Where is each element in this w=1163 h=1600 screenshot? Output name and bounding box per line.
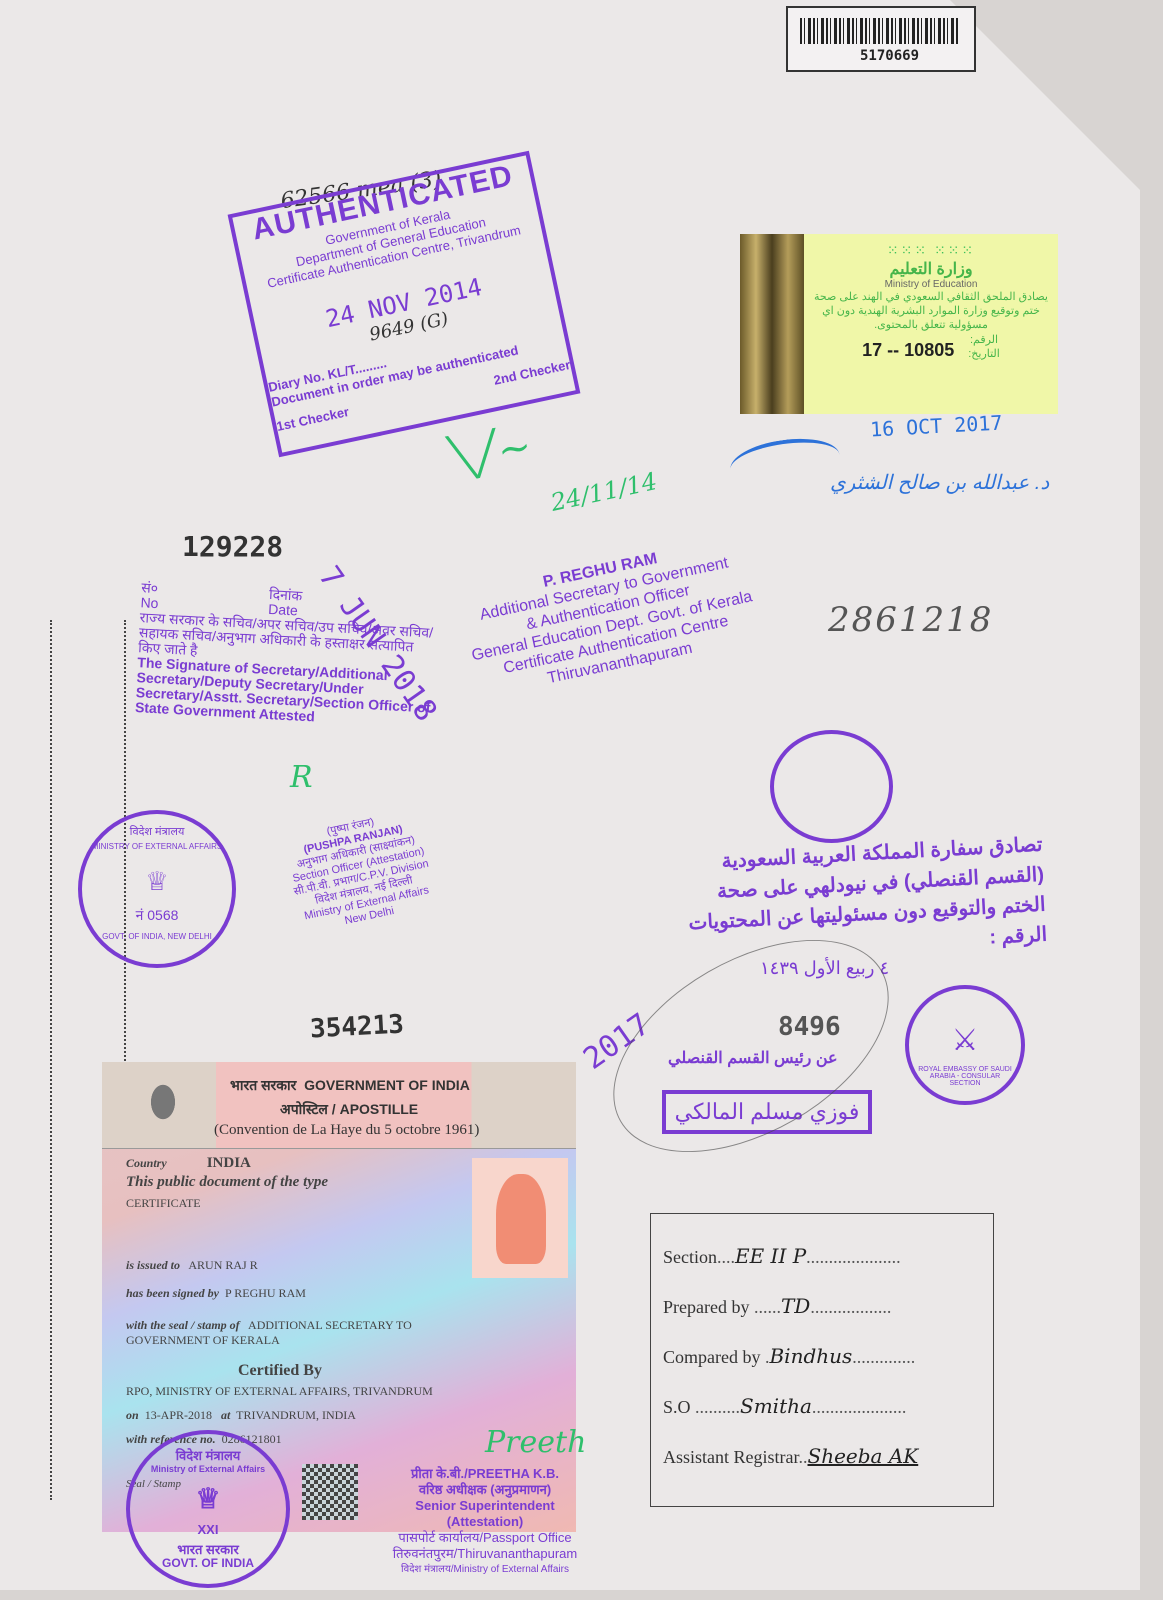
seal-bottom-text: GOVT. OF INDIA, NEW DELHI xyxy=(82,932,232,941)
title-hindi: अपोस्टिल xyxy=(280,1101,328,1117)
field-label: is issued to xyxy=(126,1258,180,1272)
first-checker: 1st Checker xyxy=(275,404,350,434)
issued-to-value: ARUN RAJ R xyxy=(188,1258,257,1272)
signed-by-value: P REGHU RAM xyxy=(225,1286,306,1300)
date-label: التاريخ: xyxy=(968,348,1000,360)
row-value: Smitha xyxy=(740,1394,812,1418)
ministry-stamp-date: 16 OCT 2017 xyxy=(869,411,1003,442)
qr-code-icon xyxy=(302,1464,358,1520)
ministry-name-en: Ministry of Education xyxy=(810,279,1052,290)
seal-number: XXI xyxy=(130,1522,286,1537)
ministry-ref-number: 17 -- 10805 xyxy=(862,340,954,361)
on-date: 13-APR-2018 xyxy=(145,1408,212,1422)
ministry-body-ar: يصادق الملحق الثقافي السعودي في الهند عل… xyxy=(810,290,1052,332)
seal-ring-text: MINISTRY OF EXTERNAL AFFAIRS xyxy=(82,842,232,851)
seal-ring-text: Ministry of External Affairs xyxy=(130,1464,286,1474)
seal-number: नं 0568 xyxy=(82,906,232,925)
emblem-icon: ♕ xyxy=(82,866,232,897)
field-label: This public document of the type xyxy=(126,1174,328,1191)
row-label: Prepared by xyxy=(663,1297,749,1317)
document-page: 5170669 62566 mea (3) AUTHENTICATED Gove… xyxy=(0,0,1140,1590)
second-checker: 2nd Checker xyxy=(492,357,571,388)
signatory-line: तिरुवनंतपुरम/Thiruvananthapuram xyxy=(380,1546,590,1562)
field-label: Country xyxy=(126,1156,167,1170)
blue-signature-name: د. عبدالله بن صالح الشثري xyxy=(830,470,1049,495)
ministry-logo-icon: ⁙⁙⁙ ⁙⁙⁙ xyxy=(810,242,1052,259)
row-value: EE II P xyxy=(735,1244,806,1268)
barcode-label: 5170669 xyxy=(786,6,976,72)
signatory-line: वरिष्ठ अधीक्षक (अनुप्रमाणन) xyxy=(380,1482,590,1498)
folded-corner xyxy=(950,0,1140,190)
blue-signature xyxy=(727,433,842,492)
serial-number: 129228 xyxy=(182,530,283,563)
palm-swords-icon: ⚔ xyxy=(909,1023,1021,1058)
handwritten-number: 2861218 xyxy=(828,600,993,640)
ref-label: الرقم: xyxy=(970,334,998,346)
barcode-icon xyxy=(800,18,960,44)
ministry-name-ar: وزارة التعليم xyxy=(810,259,1052,279)
saudi-ministry-label: ⁙⁙⁙ ⁙⁙⁙ وزارة التعليم Ministry of Educat… xyxy=(740,234,1058,414)
row-value: Bindhus xyxy=(769,1344,852,1368)
signature-date: 24/11/14 xyxy=(548,467,659,517)
national-emblem-icon xyxy=(142,1072,184,1132)
signatory-stamp: प्रीता के.बी./PREETHA K.B. वरिष्ठ अधीक्ष… xyxy=(380,1466,590,1578)
passport-office-seal: विदेश मंत्रालय Ministry of External Affa… xyxy=(126,1430,290,1588)
row-value: TD xyxy=(781,1294,810,1318)
authentication-officer-stamp: P. REGHU RAM Additional Secretary to Gov… xyxy=(432,526,788,708)
convention-text: (Convention de La Haye du 5 octobre 1961… xyxy=(214,1122,479,1139)
apostille-header: भारत सरकार GOVERNMENT OF INDIA अपोस्टिल … xyxy=(102,1062,576,1149)
office-verification-box: Section....EE II P..................... … xyxy=(650,1213,994,1507)
certified-by-label: Certified By xyxy=(238,1362,322,1380)
green-signature: ╲╱~ xyxy=(447,423,535,482)
country-value: INDIA xyxy=(207,1155,251,1171)
section-officer-stamp: (पुष्पा रंजन) (PUSHPA RANJAN) अनुभाग अधि… xyxy=(246,799,473,944)
preetha-signature: Preeth xyxy=(485,1425,586,1460)
seal-text: ROYAL EMBASSY OF SAUDI ARABIA - CONSULAR… xyxy=(915,1066,1015,1087)
photo-seal-icon xyxy=(472,1158,568,1278)
row-label: Section xyxy=(663,1247,717,1267)
at-place: TRIVANDRUM, INDIA xyxy=(236,1408,356,1422)
mea-attestation-stamp: सं०No दिनांकDate राज्य सरकार के सचिव/अपर… xyxy=(135,580,442,731)
saudi-embassy-seal: ⚔ ROYAL EMBASSY OF SAUDI ARABIA - CONSUL… xyxy=(905,985,1025,1105)
hologram-icon xyxy=(740,234,804,414)
field-label: with the seal / stamp of xyxy=(126,1318,240,1332)
at-label: at xyxy=(221,1408,230,1422)
row-value: Sheeba AK xyxy=(808,1444,919,1468)
signatory-line: विदेश मंत्रालय/Ministry of External Affa… xyxy=(380,1562,590,1578)
seal-top-text: विदेश मंत्रालय xyxy=(130,1446,286,1464)
circular-seal-icon xyxy=(770,730,893,843)
signatory-line: Senior Superintendent (Attestation) xyxy=(380,1498,590,1530)
emblem-icon: ♕ xyxy=(130,1482,286,1515)
document-type-value: CERTIFICATE xyxy=(126,1196,201,1211)
signatory-line: प्रीता के.बी./PREETHA K.B. xyxy=(380,1466,590,1482)
row-label: S.O xyxy=(663,1397,691,1417)
on-label: on xyxy=(126,1408,139,1422)
seal-top-text: विदेश मंत्रालय xyxy=(82,824,232,839)
signatory-line: पासपोर्ट कार्यालय/Passport Office xyxy=(380,1530,590,1546)
row-label: Assistant Registrar xyxy=(663,1447,799,1467)
row-label: Compared by xyxy=(663,1347,760,1367)
mea-round-seal: विदेश मंत्रालय MINISTRY OF EXTERNAL AFFA… xyxy=(78,810,236,968)
header-hindi: भारत सरकार xyxy=(230,1077,296,1093)
green-initial-signature: R xyxy=(290,760,313,795)
title-english: APOSTILLE xyxy=(340,1101,419,1117)
certified-by-value: RPO, MINISTRY OF EXTERNAL AFFAIRS, TRIVA… xyxy=(126,1384,433,1399)
apostille-serial: 354213 xyxy=(309,1010,404,1045)
barcode-number: 5170669 xyxy=(860,48,919,64)
field-label: has been signed by xyxy=(126,1286,219,1300)
seal-bottom-text: GOVT. OF INDIA xyxy=(130,1556,286,1570)
header-english: GOVERNMENT OF INDIA xyxy=(304,1077,470,1093)
